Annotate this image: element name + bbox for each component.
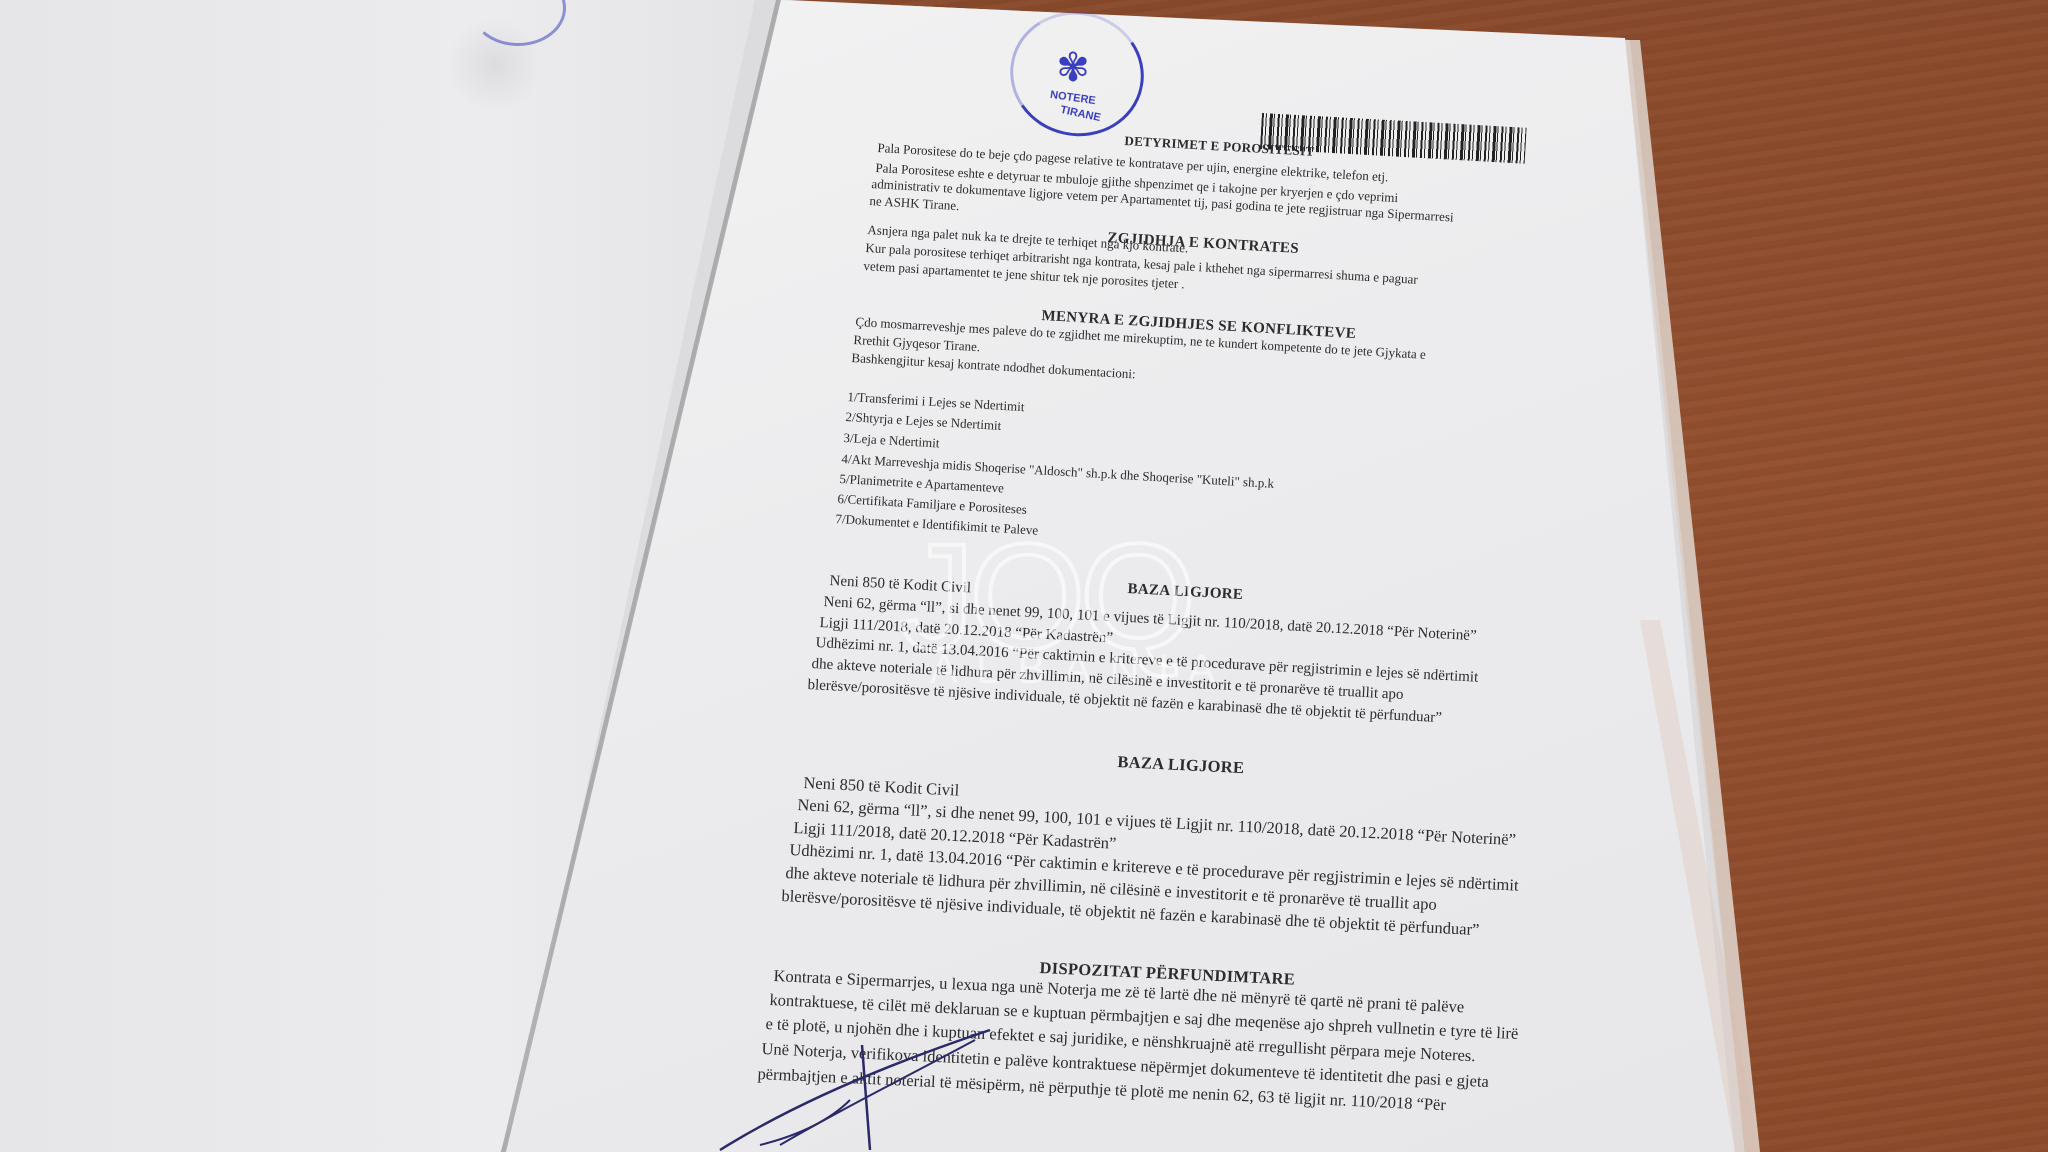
- signature-stroke: [0, 0, 2048, 1152]
